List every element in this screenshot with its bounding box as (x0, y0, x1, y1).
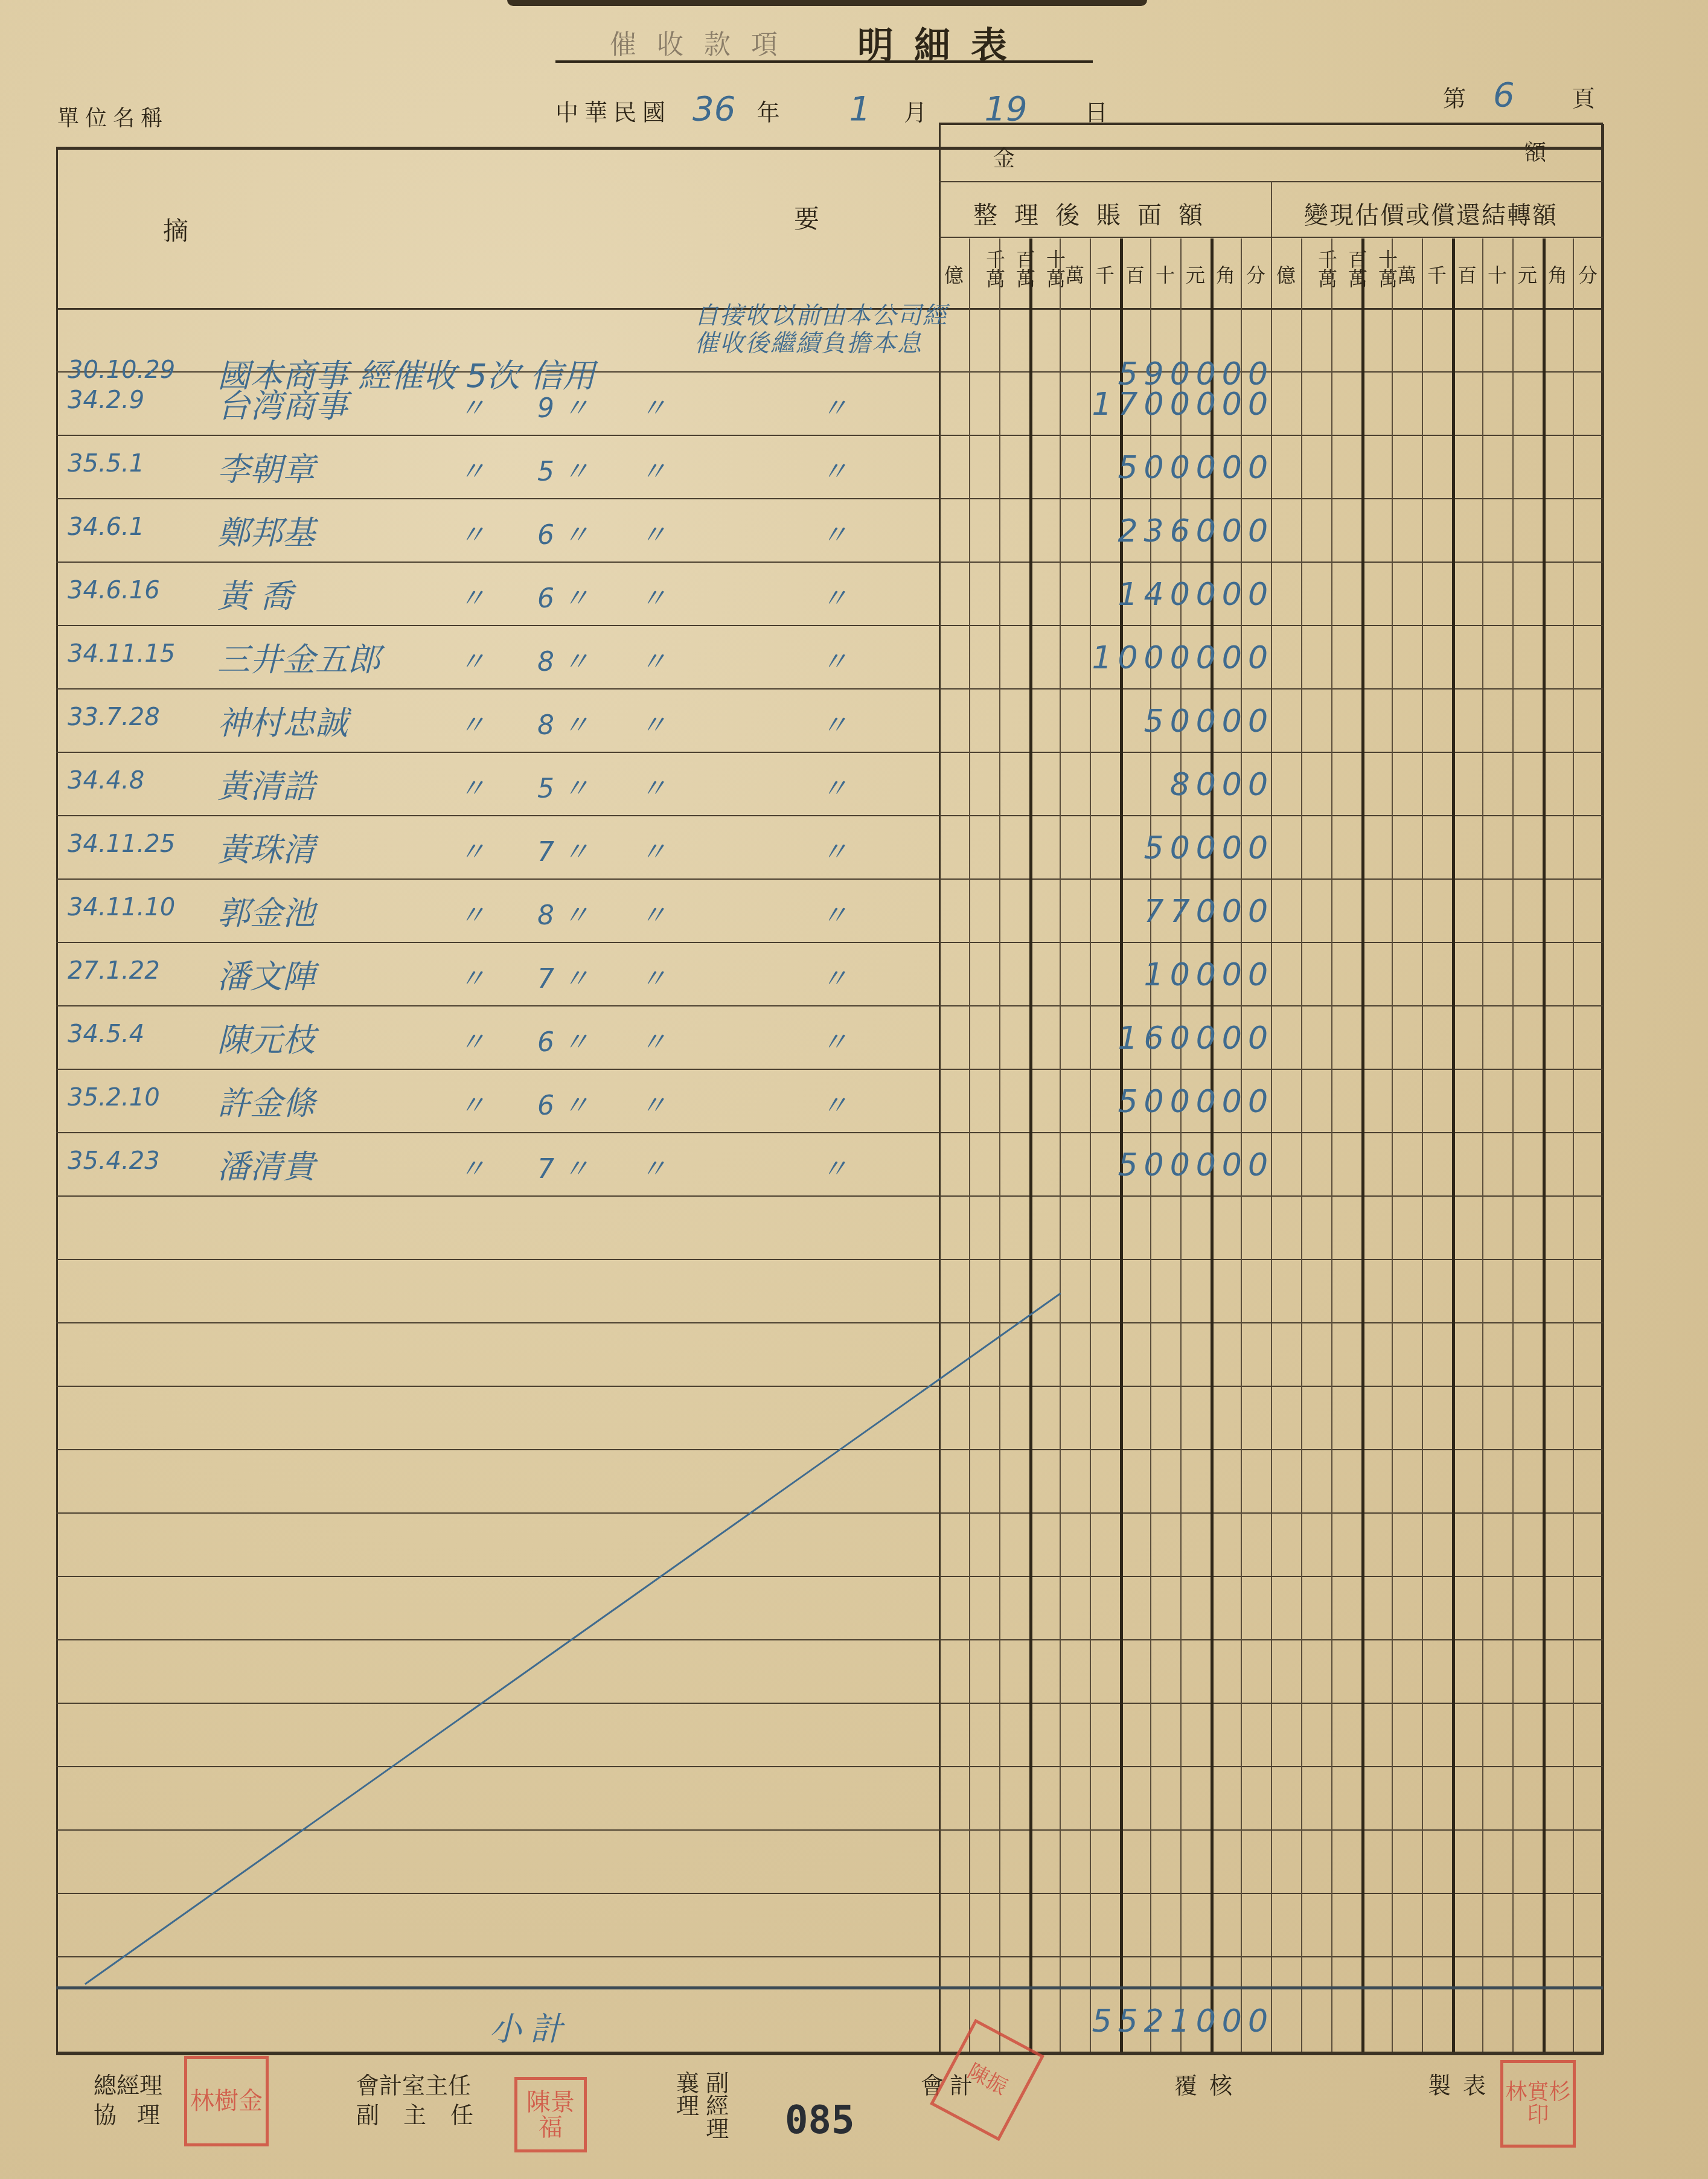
ditto-mark: 〃 (640, 1147, 667, 1186)
digit-column-line (1301, 238, 1302, 2053)
ditto-mark: 8 〃 (537, 703, 589, 742)
ditto-mark: 〃 (821, 1147, 848, 1186)
table-right-border (1601, 124, 1604, 2055)
ditto-mark: 〃 (821, 386, 848, 425)
label-general-manager: 總經理 (94, 2071, 181, 2101)
ditto-mark: 〃 (640, 830, 667, 869)
label-deputy-manager: 副經理 (702, 2071, 729, 2140)
digit-column-line (1120, 238, 1123, 2053)
digit-header-top (939, 237, 1603, 238)
stamp-general-manager: 林樹金 (184, 2056, 269, 2146)
digit-column-label: 萬 (1392, 266, 1422, 286)
row-book-amount: 8000 (1057, 767, 1274, 803)
row-name: 三井金五郎 (217, 634, 380, 680)
digit-column-line (1241, 238, 1242, 2053)
row-line (56, 878, 1603, 880)
row-book-amount: 10000 (1057, 957, 1274, 993)
digit-column-line (1573, 238, 1574, 2053)
row-book-amount: 1000000 (1057, 640, 1274, 676)
row-line (56, 815, 1603, 816)
digit-column-line (1150, 238, 1151, 2053)
ditto-mark: 7 〃 (537, 830, 589, 869)
sig-deputy-manager: 副經理 襄理 (670, 2071, 730, 2143)
ditto-mark: 8 〃 (537, 894, 589, 932)
stamp2-text: 陳景福 (517, 2090, 584, 2140)
digit-column-label: 千 (1422, 266, 1452, 286)
header-amount-right: 額 (1524, 136, 1546, 167)
ditto-mark: 6 〃 (537, 1020, 589, 1059)
date-month: 1 (849, 89, 871, 129)
row-name: 潘文陣 (217, 951, 315, 997)
row-name: 許金條 (217, 1078, 315, 1124)
row-line (56, 1576, 1603, 1577)
row-date: 34.5.4 (68, 1020, 144, 1048)
ditto-mark: 〃 (459, 513, 485, 552)
digit-column-line (1331, 238, 1332, 2053)
digit-column-label: 角 (1543, 266, 1573, 286)
ditto-mark: 〃 (821, 640, 848, 679)
row-date: 34.11.15 (68, 640, 175, 668)
date-year: 36 (692, 89, 735, 129)
ditto-mark: 〃 (459, 640, 485, 679)
row-line (56, 1703, 1603, 1704)
ditto-mark: 〃 (821, 894, 848, 932)
row-book-amount: 500000 (1057, 1147, 1274, 1183)
ditto-mark: 8 〃 (537, 640, 589, 679)
ditto-mark: 〃 (821, 767, 848, 805)
table-top-border (56, 147, 1603, 150)
ditto-mark: 〃 (459, 1147, 485, 1186)
row-line (56, 1322, 1603, 1323)
ditto-mark: 〃 (821, 450, 848, 488)
ditto-mark: 〃 (459, 450, 485, 488)
row-line (56, 562, 1603, 563)
row-line (56, 688, 1603, 690)
label-accounting-chief: 會計室主任 (356, 2071, 497, 2101)
row-line (56, 498, 1603, 499)
row-line (56, 1766, 1603, 1767)
ditto-mark: 〃 (459, 1084, 485, 1122)
row-date: 34.4.8 (68, 767, 144, 795)
stamp-prepared-by: 林實杉印 (1500, 2060, 1576, 2148)
row-line (56, 1386, 1603, 1387)
ditto-mark: 〃 (459, 577, 485, 615)
amount-top-border (939, 123, 1603, 125)
ditto-mark: 〃 (640, 577, 667, 615)
page-number: 第 6 頁 (1443, 75, 1595, 115)
ditto-mark: 7 〃 (537, 1147, 589, 1186)
stamp4-text: 林實杉印 (1503, 2081, 1573, 2127)
digit-column-label: 十 (1150, 266, 1180, 286)
row-book-amount: 236000 (1057, 513, 1274, 549)
digit-column-label: 元 (1512, 266, 1543, 286)
digit-column-label: 分 (1573, 266, 1603, 286)
page-prefix: 第 (1443, 85, 1466, 112)
row-name: 黃 喬 (217, 571, 293, 617)
ditto-mark: 〃 (640, 640, 667, 679)
digit-column-label: 元 (1180, 266, 1211, 286)
ditto-mark: 〃 (821, 703, 848, 742)
digit-column-line (1029, 238, 1032, 2053)
stamp-accounting: 陳振 (930, 2019, 1044, 2141)
ditto-mark: 〃 (459, 830, 485, 869)
digit-column-line (1180, 238, 1182, 2053)
sig-general-manager: 總經理 協理 (94, 2071, 181, 2131)
ditto-mark: 〃 (459, 1020, 485, 1059)
row-note: 自接收以前由本公司經催收後繼續負擔本息 (694, 302, 966, 357)
digit-column-label: 千 (1090, 266, 1120, 286)
digit-column-line (1482, 238, 1483, 2053)
label-accounting-deputy: 副主任 (356, 2101, 497, 2130)
ditto-mark: 〃 (821, 513, 848, 552)
ditto-mark: 〃 (640, 386, 667, 425)
row-line (56, 1069, 1603, 1070)
ditto-mark: 〃 (640, 957, 667, 996)
table-left-border (56, 147, 58, 2055)
row-book-amount: 500000 (1057, 450, 1274, 486)
digit-column-label: 角 (1211, 266, 1241, 286)
digit-column-line (1392, 238, 1393, 2053)
row-line (56, 752, 1603, 753)
header-group-book-value: 整理後賬面額 (973, 196, 1220, 231)
ditto-mark: 6 〃 (537, 513, 589, 552)
unit-name-label: 單位名稱 (57, 101, 168, 132)
ditto-mark: 5 〃 (537, 767, 589, 805)
month-label: 月 (904, 99, 927, 126)
ditto-mark: 6 〃 (537, 1084, 589, 1122)
ditto-mark: 9 〃 (537, 386, 589, 425)
row-line (56, 942, 1603, 943)
ditto-mark: 〃 (640, 1020, 667, 1059)
ditto-mark: 7 〃 (537, 957, 589, 996)
ditto-mark: 5 〃 (537, 450, 589, 488)
year-label: 年 (756, 99, 779, 126)
label-assistant-manager: 協理 (94, 2101, 181, 2130)
row-line (56, 1132, 1603, 1133)
row-date: 35.2.10 (68, 1084, 160, 1112)
header-amount-left: 金 (993, 142, 1015, 173)
digit-column-label: 億 (1271, 266, 1301, 286)
subtotal-amount: 5521000 (1057, 2003, 1274, 2040)
row-date: 34.11.10 (68, 894, 175, 921)
digit-column-line (999, 238, 1000, 2053)
top-binding-strip (507, 0, 1147, 6)
row-name: 潘清貴 (217, 1141, 315, 1188)
ditto-mark: 〃 (821, 1084, 848, 1122)
row-date: 34.2.9 (68, 386, 144, 414)
digit-column-line (1512, 238, 1514, 2053)
digit-column-line (1060, 238, 1061, 2053)
row-name: 神村忠誠 (217, 697, 348, 744)
summary-amount-divider (939, 124, 941, 2055)
ditto-mark: 〃 (640, 513, 667, 552)
serial-number: 085 (785, 2098, 855, 2143)
ditto-mark: 〃 (459, 703, 485, 742)
row-line (56, 435, 1603, 436)
row-line (56, 1639, 1603, 1640)
header-summary-right: 要 (794, 199, 819, 235)
ditto-mark: 〃 (821, 577, 848, 615)
digit-column-line (1452, 238, 1455, 2053)
page-number-value: 6 (1493, 75, 1515, 115)
ditto-mark: 〃 (821, 1020, 848, 1059)
digit-column-line (969, 238, 970, 2053)
row-line (56, 1195, 1603, 1197)
row-book-amount: 50000 (1057, 830, 1274, 866)
row-book-amount: 1700000 (1057, 386, 1274, 423)
ditto-mark: 〃 (640, 450, 667, 488)
form-date: 中華民國 36 年 1 月 19 日 (555, 89, 1108, 126)
sig-prepared-by: 製表 (1428, 2071, 1498, 2101)
row-book-amount: 160000 (1057, 1020, 1274, 1057)
row-name: 郭金池 (217, 888, 315, 934)
row-line (56, 1449, 1603, 1450)
row-name: 鄭邦基 (217, 507, 315, 554)
row-date: 35.5.1 (68, 450, 144, 478)
ditto-mark: 〃 (640, 703, 667, 742)
ditto-mark: 〃 (821, 957, 848, 996)
row-book-amount: 500000 (1057, 1084, 1274, 1120)
ditto-mark: 〃 (640, 767, 667, 805)
header-summary-left: 摘 (163, 211, 188, 248)
ditto-mark: 〃 (459, 894, 485, 932)
row-name: 陳元枝 (217, 1014, 315, 1061)
row-book-amount: 50000 (1057, 703, 1274, 740)
title-underline (555, 60, 1093, 63)
digit-column-line (1090, 238, 1091, 2053)
row-date: 34.11.25 (68, 830, 175, 858)
row-date: 30.10.29 (68, 356, 175, 384)
digit-column-line (1361, 238, 1364, 2053)
row-line (56, 1829, 1603, 1831)
row-date: 33.7.28 (68, 703, 160, 731)
ditto-mark: 〃 (640, 1084, 667, 1122)
row-line (56, 1893, 1603, 1894)
ditto-mark: 〃 (459, 386, 485, 425)
row-line (56, 1512, 1603, 1514)
ditto-mark: 〃 (821, 830, 848, 869)
ditto-mark: 〃 (459, 767, 485, 805)
row-book-amount: 77000 (1057, 894, 1274, 930)
header-group-realizable: 變現估價或償還結轉額 (1304, 196, 1558, 231)
page-suffix: 頁 (1572, 85, 1595, 112)
subtotal-label: 小計 (489, 2003, 571, 2050)
row-line (56, 1005, 1603, 1006)
row-name: 黃珠清 (217, 824, 315, 871)
row-name: 李朝章 (217, 444, 315, 490)
row-date: 34.6.16 (68, 577, 160, 604)
ditto-mark: 6 〃 (537, 577, 589, 615)
digit-column-label: 百 (1452, 266, 1482, 286)
table-bottom-border (56, 2052, 1603, 2055)
sig-review: 覆核 (1174, 2071, 1244, 2101)
label-manager-assistant: 襄理 (672, 2071, 699, 2117)
ditto-mark: 〃 (459, 957, 485, 996)
digit-column-line (1543, 238, 1546, 2053)
digit-column-label: 分 (1241, 266, 1271, 286)
row-date: 27.1.22 (68, 957, 160, 985)
row-name: 台湾商事 (217, 380, 348, 427)
row-name: 黃清誥 (217, 761, 315, 807)
subtotal-top-line (56, 1986, 1603, 1989)
row-line (56, 1259, 1603, 1260)
row-date: 34.6.1 (68, 513, 144, 541)
digit-column-label: 萬 (1060, 266, 1090, 286)
day-label: 日 (1085, 99, 1108, 126)
row-line (56, 625, 1603, 626)
digit-column-label: 億 (939, 266, 969, 286)
row-book-amount: 140000 (1057, 577, 1274, 613)
era-label: 中華民國 (555, 99, 671, 126)
row-date: 35.4.23 (68, 1147, 160, 1175)
title-faint: 催收款項 (610, 23, 798, 62)
digit-column-label: 十 (1482, 266, 1512, 286)
digit-column-line (1422, 238, 1423, 2053)
digit-column-line (1211, 238, 1214, 2053)
sig-accounting-chief: 會計室主任 副主任 (356, 2071, 497, 2131)
digit-column-label: 百 (1120, 266, 1150, 286)
stamp1-text: 林樹金 (190, 2088, 263, 2114)
ditto-mark: 〃 (640, 894, 667, 932)
stamp3-text: 陳振 (964, 2061, 1011, 2099)
row-line (56, 1956, 1603, 1957)
stamp-accounting-chief: 陳景福 (514, 2077, 587, 2152)
